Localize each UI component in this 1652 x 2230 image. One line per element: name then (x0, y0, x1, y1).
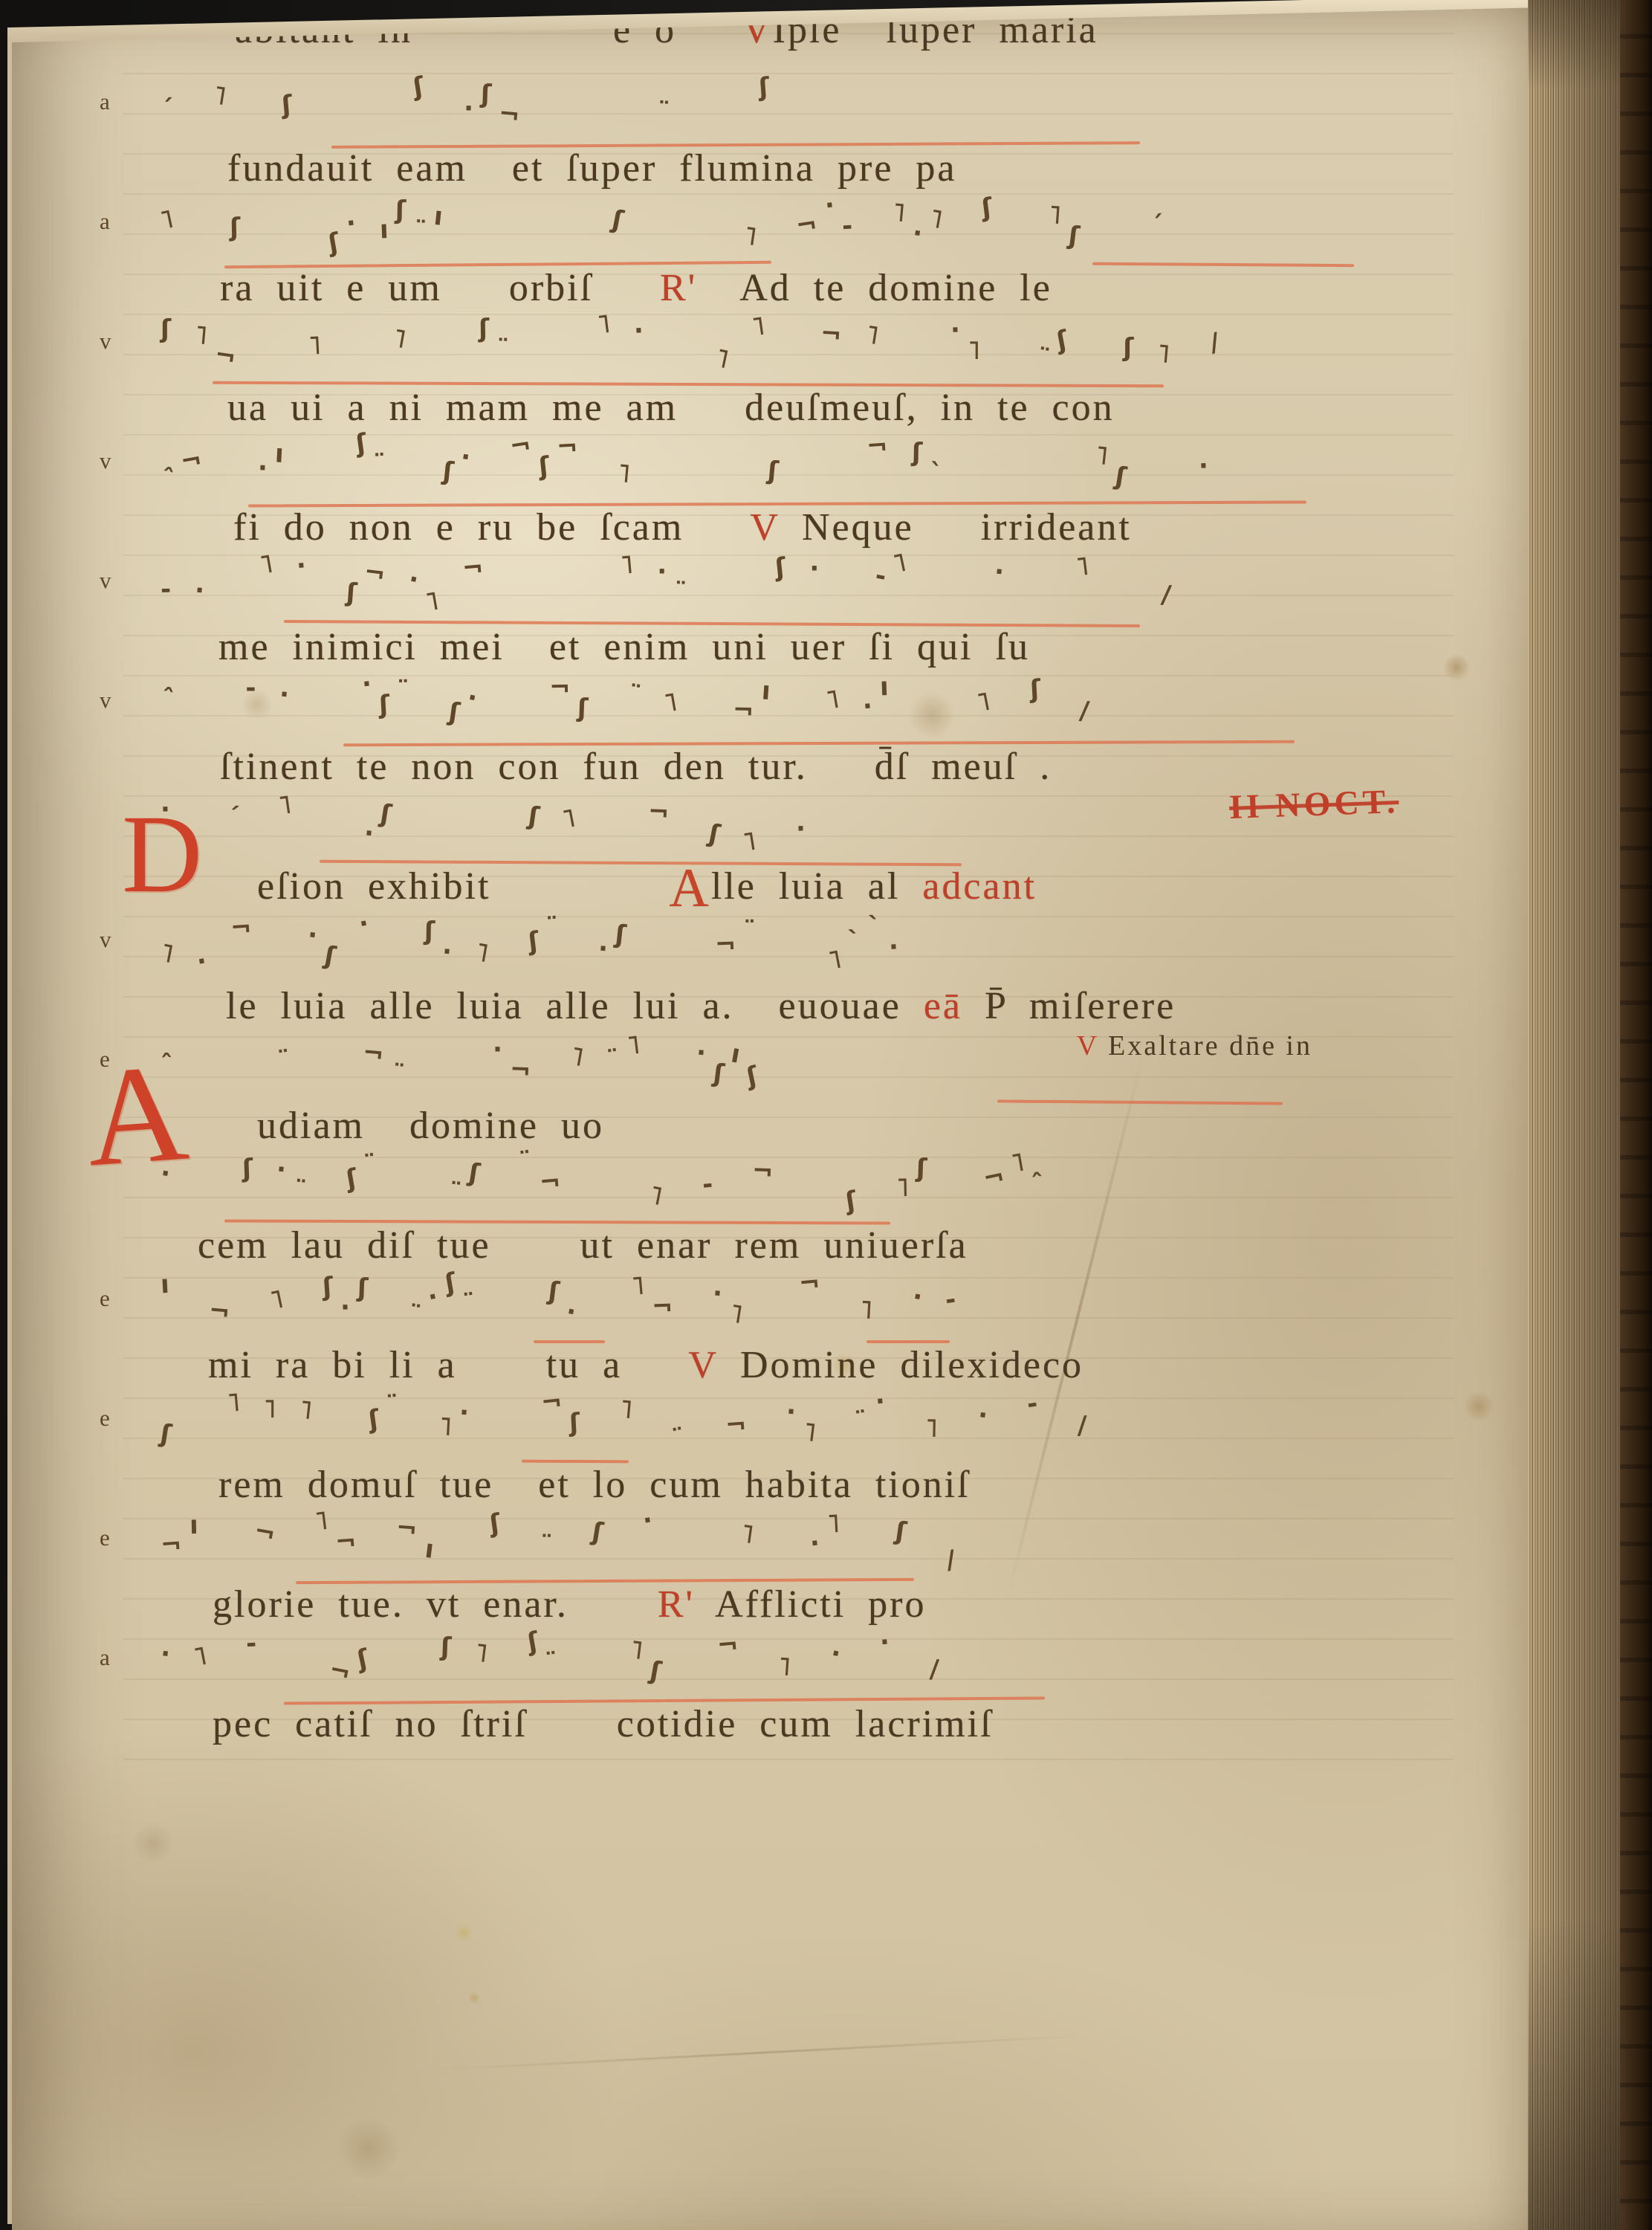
neume-glyph: ʃ (326, 226, 349, 259)
neume-glyph: ˥ (927, 204, 952, 236)
manuscript-line: eı ¬ ˥ ʃ·ʃ ¨·ʃ¨ ʃ· ˥¬ ·˥ ¬ ˥ · -mi ra bi… (213, 1263, 1402, 1383)
text-segment: Ad te domine le (697, 267, 1052, 309)
neume-glyph: · (459, 442, 479, 474)
neume-glyph: ʃ (322, 940, 345, 973)
neume-glyph: ¬ (509, 1055, 539, 1085)
neume-glyph: ˥ (662, 686, 687, 719)
manuscript-photograph: abitant in e o VIpſe ſuper mariaa´ ˥ ʃ ʃ… (0, 0, 1652, 2230)
neume-glyph: ¬ (647, 797, 677, 827)
neume-glyph: ı (160, 1269, 178, 1299)
book-binding (1620, 0, 1652, 2230)
neume-glyph: · (563, 1296, 586, 1328)
manuscript-line: · ʃ ·¨ ʃ¨ ¨ʃ ¨¬ ˥ - ¬ ʃ ˥ʃ ¬˥ˆcem lau di… (213, 1143, 1402, 1263)
neume-glyph: · (340, 1293, 358, 1322)
manuscript-line: a· ˥ - ¬ʃ ʃ ˥ ʃ¨ ˥ʃ ¬ ˥ · · /pec catiſ n… (213, 1622, 1402, 1742)
neume-glyph: ˥ (741, 825, 765, 858)
manuscript-line: a´ ˥ ʃ ʃ ·ʃ¬ ¨ ʃfundauit eam et ſuper fl… (213, 66, 1402, 186)
neume-glyph: ʃ (569, 1407, 588, 1438)
neume-glyph: ¬ (508, 428, 540, 462)
neume-glyph: ˥ (777, 1652, 800, 1683)
neume-glyph: ˥ (424, 585, 449, 618)
text-block: abitant in e o VIpſe ſuper mariaa´ ˥ ʃ ʃ… (213, 33, 1402, 1742)
chant-text: glorie tue. vt enar. R' Afflicti pro (213, 1586, 927, 1624)
text-segment: rem domuſ tue et lo cum habita tioniſ (218, 1464, 971, 1506)
rubric-segment: R' (658, 1583, 695, 1626)
neume-glyph: ˥ (1094, 441, 1117, 473)
neume-glyph: - (841, 210, 861, 241)
margin-letter: v (100, 567, 111, 594)
neume-glyph: · (441, 937, 461, 968)
neume-row: ˆ - · ·ʃ¨ ʃ· ¬ʃ ¨ ˥ ¬ı ˥ ·ı ˥ ʃ / (161, 668, 1431, 745)
neume-glyph: ¬ (334, 1526, 365, 1558)
neume-glyph: ˥ (742, 221, 765, 253)
neume-glyph: ˥ (713, 343, 739, 377)
chant-text: me inimici mei et enim uni uer ſi qui ſu (218, 628, 1030, 667)
neume-glyph: ˥ (569, 1041, 594, 1074)
red-ruling-line (867, 1340, 950, 1343)
neume-glyph: · (296, 550, 315, 581)
chant-text: ſtinent te non con fun den tur. d̄ſ meuſ… (220, 748, 1052, 786)
neume-glyph: - (245, 1628, 265, 1658)
neume-glyph: · (641, 1505, 661, 1536)
neume-glyph: ¨ (412, 216, 435, 247)
neume-glyph: ¨ (292, 1175, 316, 1207)
neume-glyph: ʃ (1123, 333, 1141, 363)
neume-glyph: ˥ (968, 336, 988, 366)
neume-glyph: / (1078, 1411, 1095, 1441)
neume-glyph: - (245, 673, 263, 703)
manuscript-line: vʃ ˥¬ ˥ ˥ ʃ¨ ˥ · ˥ ˥ ¬ ˥ ·˥ ¨ʃ ʃ ˥ /ua u… (213, 306, 1402, 425)
neume-glyph: ¨ (543, 1646, 567, 1678)
neume-glyph: ¬ (395, 1513, 426, 1545)
neume-glyph: · (360, 668, 380, 699)
neume-glyph: ˥ (314, 1505, 337, 1537)
neume-glyph: · (695, 1038, 714, 1069)
neume-glyph: ¬ (461, 552, 492, 584)
margin-letter: v (100, 926, 111, 953)
neume-glyph: ¬ (714, 929, 744, 960)
neume-glyph: ¨ (853, 1404, 878, 1437)
rubricated-initial: D (122, 809, 202, 899)
neume-glyph: · (993, 557, 1012, 588)
margin-letter: v (100, 687, 111, 714)
neume-glyph: ¬ (651, 1291, 681, 1322)
neume-glyph: ı (879, 672, 896, 702)
neume-glyph: ʃ (1113, 461, 1136, 493)
chant-text: ra uit e um orbiſ R' Ad te domine le (220, 269, 1052, 308)
neume-glyph: ¬ (178, 443, 212, 477)
text-segment: lle luia al (711, 865, 922, 908)
neume-glyph: ı (274, 439, 292, 469)
neume-glyph: ˥ (896, 1173, 917, 1203)
neume-glyph: / (1207, 326, 1229, 358)
neume-glyph: ¨ (461, 1287, 485, 1319)
neume-glyph: ˥ (473, 937, 499, 970)
neume-glyph: ¬ (326, 1655, 360, 1690)
neume-glyph: ʃ (357, 1273, 377, 1304)
text-segment: Domine dilexideco (718, 1344, 1083, 1386)
neume-glyph: ˆ (158, 463, 184, 497)
neume-glyph: - (161, 575, 179, 604)
manuscript-line: abitant in e o VIpſe ſuper maria (213, 33, 1402, 66)
neume-glyph: ʃ (706, 818, 729, 851)
neume-glyph: ¨ (362, 1148, 386, 1180)
neume-glyph: ˥ (891, 198, 913, 229)
neume-glyph: ˥ (890, 546, 916, 580)
neume-row: ʃ ˥ ˥ ˥ ʃ¨ ˥· ¬ʃ ˥ ¨ ¬ ·˥ ¨· ˥ · - / (161, 1386, 1431, 1463)
text-segment: Afflicti pro (695, 1583, 927, 1626)
neume-glyph: ʃ (281, 89, 302, 120)
neume-glyph: ˥ (264, 1394, 284, 1424)
text-segment: fi do non e ru be ſcam (233, 506, 750, 549)
margin-letter: v (100, 328, 111, 355)
neume-glyph: · (950, 314, 968, 345)
neume-row: · ʃ ·¨ ʃ¨ ¨ʃ ¨¬ ˥ - ¬ ʃ ˥ʃ ¬˥ˆ (161, 1146, 1431, 1224)
neume-glyph: ʃ (590, 1516, 612, 1548)
neume-glyph: ˥ (193, 320, 216, 352)
parchment-page: abitant in e o VIpſe ſuper mariaa´ ˥ ʃ ʃ… (12, 0, 1528, 2230)
red-ruling-line (522, 1460, 629, 1464)
neume-glyph: · (276, 1154, 295, 1186)
neume-glyph: · (597, 934, 617, 965)
neume-glyph: · (356, 907, 378, 939)
rubric-segment: adcant (922, 865, 1037, 908)
neume-glyph: ˥ (826, 943, 851, 976)
chant-text: eſion exhibit Alle luia al adcant (257, 867, 1037, 906)
neume-glyph: ¬ (797, 1267, 829, 1299)
neume-glyph: ¬ (866, 430, 896, 462)
rubric-segment: II NOCT. (1228, 782, 1399, 826)
neume-glyph: - (1026, 1388, 1047, 1420)
neume-glyph: ʃ (322, 1271, 342, 1302)
neume-glyph: ˥ (801, 1418, 825, 1449)
neume-glyph: ¬ (252, 1516, 285, 1551)
neume-glyph: ʃ (911, 438, 930, 468)
neume-glyph: ʃ (766, 456, 787, 487)
rubric-segment: V (688, 1344, 718, 1386)
neume-glyph: ¬ (724, 1409, 754, 1441)
margin-letter: a (100, 208, 110, 235)
neume-glyph: ¬ (548, 673, 577, 703)
neume-glyph: ı (433, 201, 452, 233)
neume-glyph: ¨ (670, 1421, 696, 1455)
neume-glyph: ı (761, 676, 779, 706)
rubric-segment: R' (660, 267, 697, 309)
neume-glyph: ˥ (596, 308, 620, 340)
neume-glyph: ˥ (226, 1387, 248, 1418)
neume-row: ˥ · ¬ ·ʃ · ʃ· ˥ ʃ¨ ·ʃ ¬¨ ˥``· (161, 907, 1431, 984)
neume-glyph: · (493, 1035, 511, 1064)
neume-glyph: ʃ (344, 1162, 367, 1195)
neume-glyph: ʃ (894, 1516, 916, 1548)
neume-glyph: ¬ (213, 340, 245, 374)
neume-glyph: ¬ (794, 207, 826, 242)
chant-text: ua ui a ni mam me am deuſmeuſ, in te con (227, 389, 1115, 427)
neume-glyph: ˥ (925, 1414, 946, 1444)
neume-glyph: ʃ (537, 450, 558, 482)
manuscript-line: eˆ ¨ ¬¨ ·¬ ˥ ¨˥ ·ʃıʃAudiam domine uoV Ex… (213, 1024, 1402, 1143)
neume-glyph: · (258, 453, 276, 483)
manuscript-line: a˥ ʃ ʃ· ıʃ¨ı ʃ ˥ ¬·- ˥·˥ ʃ ˥ʃ ´ra uit e … (213, 186, 1402, 306)
book-fore-edge (1528, 0, 1620, 2230)
neume-glyph: ¨ (396, 676, 417, 705)
neume-glyph: ˥ (616, 459, 638, 490)
neume-glyph: ı (423, 1534, 442, 1565)
neume-glyph: · (193, 575, 213, 607)
text-segment: pec catiſ no ſtriſ cotidie cum lacrimiſ (213, 1703, 994, 1745)
neume-glyph: ı (189, 1510, 205, 1540)
margin-letter: e (100, 1285, 110, 1312)
text-segment: glorie tue. vt enar. (213, 1583, 658, 1626)
neume-glyph: ʃ (916, 1154, 935, 1184)
neume-glyph: ˥ (298, 1395, 321, 1427)
neume-glyph: ¨ (496, 334, 516, 365)
neume-glyph: ʃ (158, 1418, 181, 1450)
red-ruling-line (534, 1340, 605, 1343)
neume-glyph: ˥ (630, 1270, 652, 1302)
manuscript-line: vˆ¬ ·ı ʃ¨ ʃ· ¬ʃ¬ ˥ ʃ ¬ ʃ` ˥ʃ ·fi do non … (213, 425, 1402, 545)
text-segment: ſtinent te non con fun den tur. d̄ſ meuſ… (220, 746, 1052, 788)
neume-glyph: ˥ (826, 1508, 848, 1539)
text-segment: fundauit eam et ſuper flumina pre pa (227, 147, 956, 190)
neume-glyph: ˥ (158, 938, 183, 971)
neume-glyph: ʃ (577, 694, 597, 724)
neume-glyph: · (887, 931, 906, 962)
text-segment: le luia alle luia alle lui a. euouae (226, 985, 924, 1027)
text-segment: me inimici mei et enim uni uer ſi qui ſu (218, 626, 1030, 668)
rubric-segment: V (1077, 1030, 1099, 1061)
text-segment: Exaltare dn̄e in (1098, 1030, 1312, 1061)
neume-glyph: · (195, 945, 216, 977)
neume-glyph: ˥ (739, 1519, 763, 1551)
text-segment: Neque irrideant (780, 506, 1132, 549)
neume-glyph: - (872, 560, 895, 593)
rubricated-initial: A (82, 1056, 191, 1174)
neume-glyph: ʃ (1029, 673, 1048, 704)
neume-glyph: ˥ (864, 320, 888, 352)
neume-glyph: · (809, 554, 826, 584)
neume-glyph: ¨ (372, 448, 395, 479)
neume-glyph: ¨ (385, 1389, 408, 1421)
text-segment: mi ra bi li a tu a (208, 1344, 688, 1386)
neume-glyph: · (795, 814, 813, 844)
neume-glyph: ˥ (619, 1394, 641, 1426)
neume-glyph: ¨ (743, 916, 763, 946)
neume-glyph: ʃ (161, 314, 178, 344)
neume-glyph: · (785, 1397, 804, 1428)
chant-text: fi do non e ru be ſcam V Neque irrideant (233, 508, 1132, 547)
neume-glyph: ʃ (424, 917, 443, 946)
neume-glyph: ´ (1150, 210, 1173, 241)
marginal-rubric: V Exaltare dn̄e in (1077, 1030, 1312, 1062)
neume-glyph: · (1198, 451, 1216, 482)
neume-glyph: ¬ (363, 557, 395, 590)
neume-glyph: ˥ (629, 1635, 652, 1667)
neume-glyph: ` (867, 911, 890, 943)
neume-glyph: · (345, 207, 366, 239)
neume-glyph: ˥ (1156, 339, 1179, 370)
text-segment: ra uit e um orbiſ (220, 267, 660, 309)
margin-letter: v (100, 447, 111, 474)
neume-glyph: · (158, 1639, 179, 1671)
neume-glyph: ʃ (467, 1157, 489, 1189)
neume-glyph: ʃ (366, 1403, 388, 1435)
neume-glyph: ˥ (211, 80, 236, 113)
neume-glyph: ¬ (160, 1529, 190, 1561)
rubric-segment: V (750, 506, 780, 549)
manuscript-line: v˥ · ¬ ·ʃ · ʃ· ˥ ʃ¨ ·ʃ ¬¨ ˥``·le luia al… (213, 904, 1402, 1024)
neume-glyph: ` (928, 458, 950, 489)
neume-row: · ˥ - ¬ʃ ʃ ˥ ʃ¨ ˥ʃ ¬ ˥ · · / (161, 1625, 1431, 1702)
neume-glyph: ˥ (438, 1412, 460, 1442)
neume-row: ʃ ˥¬ ˥ ˥ ʃ¨ ˥ · ˥ ˥ ¬ ˥ ·˥ ¨ʃ ʃ ˥ / (161, 308, 1431, 386)
neume-glyph: ˥ (473, 1638, 497, 1670)
text-segment: udiam domine uo (257, 1105, 604, 1147)
neume-glyph: ¬ (208, 1296, 239, 1328)
text-segment: P̄ miſerere (985, 985, 1176, 1027)
rubric-segment: eā (924, 985, 985, 1027)
neume-glyph: ¬ (497, 99, 528, 131)
neume-glyph: ˥ (191, 1640, 216, 1672)
neume-glyph: ¨ (673, 577, 695, 607)
neume-glyph: ʃ (229, 213, 247, 242)
neume-glyph: · (823, 190, 843, 221)
neume-glyph: ʃ (648, 1655, 671, 1688)
manuscript-line: e¬ı ¬ ˥¬ ¬ı ʃ ¨ ʃ · ˥ ·˥ ʃ /glorie tue. … (213, 1502, 1402, 1622)
neume-glyph: ˥ (620, 549, 642, 581)
neume-glyph: · (861, 691, 881, 722)
neume-glyph: ˥ (560, 802, 586, 835)
neume-glyph: ¨ (656, 97, 678, 128)
neume-glyph: / (929, 1654, 947, 1684)
text-segment: cem lau diſ tue ut enar rem uniuerſa (198, 1224, 968, 1267)
neume-glyph: / (1078, 696, 1098, 727)
neume-glyph: ˥ (974, 685, 1000, 718)
chant-text: fundauit eam et ſuper flumina pre pa (227, 149, 956, 188)
neume-glyph: · (464, 94, 481, 123)
neume-glyph: ʃ (440, 1632, 459, 1663)
neume-glyph: · (874, 1386, 895, 1417)
neume-glyph: ¨ (545, 911, 567, 943)
neume-glyph: ʃ (527, 801, 548, 833)
neume-glyph: ˥ (1075, 551, 1098, 583)
neume-glyph: ʃ (378, 689, 398, 720)
neume-glyph: - (701, 1169, 722, 1200)
chant-text: rem domuſ tue et lo cum habita tioniſ (218, 1466, 971, 1505)
chant-text: udiam domine uo (257, 1107, 604, 1145)
neume-glyph: ʃ (614, 920, 635, 951)
neume-glyph: ˥ (1047, 200, 1069, 231)
manuscript-line: v- · ˥ · ʃ¬ ·˥ ¬ ˥ ·¨ ʃ · -˥ · ˥ /me ini… (213, 545, 1402, 665)
neume-glyph: · (711, 1279, 731, 1310)
neume-glyph: · (976, 1400, 997, 1432)
neume-row: ´ ˥ ʃ ʃ ·ʃ¬ ¨ ʃ (161, 69, 1431, 146)
neume-glyph: ¬ (539, 1166, 570, 1198)
neume-glyph: · (879, 1626, 898, 1658)
parchment-wrinkle (429, 2034, 1097, 2071)
neume-glyph: ¨ (276, 1044, 299, 1076)
neume-glyph: ¨ (605, 1043, 629, 1076)
neume-glyph: ʃ (441, 456, 462, 488)
neume-row: ı ¬ ˥ ʃ·ʃ ¨·ʃ¨ ʃ· ˥¬ ·˥ ¬ ˥ · - (161, 1266, 1431, 1343)
neume-glyph: ʃ (980, 192, 1002, 224)
neume-glyph: ʃ (242, 1154, 262, 1184)
neume-glyph: ʃ (609, 204, 632, 237)
neume-glyph: ` (846, 924, 870, 956)
chant-text: cem lau diſ tue ut enar rem uniuerſa (198, 1226, 968, 1265)
neume-glyph: ˥ (258, 548, 283, 581)
neume-row: ˥ ʃ ʃ· ıʃ¨ı ʃ ˥ ¬·- ˥·˥ ʃ ˥ʃ ´ (161, 189, 1431, 266)
neume-glyph: ʃ (480, 80, 499, 110)
neume-glyph: ˥ (859, 1295, 881, 1325)
neume-glyph: ˥ (626, 1030, 650, 1061)
neume-glyph: ˆ (158, 683, 183, 716)
manuscript-line: vˆ - · ·ʃ¨ ʃ· ¬ʃ ¨ ˥ ¬ı ˥ ·ı ˥ ʃ /ſtinen… (213, 665, 1402, 784)
neume-glyph: ¬ (980, 1159, 1014, 1194)
neume-glyph: ¨ (406, 1299, 431, 1332)
text-segment: eſion exhibit (257, 865, 669, 908)
text-segment: ua ui a ni mam me am deuſmeuſ, in te con (227, 387, 1115, 429)
neume-glyph: · (910, 1282, 932, 1314)
chant-text: pec catiſ no ſtriſ cotidie cum lacrimiſ (213, 1705, 994, 1744)
neume-glyph: ʃ (526, 925, 548, 957)
neume-glyph: ˥ (268, 1283, 294, 1316)
neume-glyph: · (305, 920, 326, 951)
neume-glyph: ʃ (757, 71, 777, 103)
neume-glyph: ¬ (540, 1386, 571, 1418)
neume-glyph: / (1159, 580, 1179, 611)
neume-glyph: ¬ (733, 696, 762, 726)
neume-glyph: ʃ (378, 798, 401, 830)
neume-glyph: · (633, 316, 651, 346)
neume-glyph: ¬ (716, 1629, 747, 1661)
manuscript-line: · ´ ˥ ·ʃ ʃ ˥ ¬ ʃ ˥ ·Deſion exhibit Alle … (213, 784, 1402, 904)
neume-glyph: ı (379, 215, 396, 245)
neume-glyph: ʃ (346, 578, 366, 609)
neume-glyph: ´ (224, 801, 248, 834)
neume-glyph: ˥ (647, 1180, 672, 1213)
neume-glyph: ˥ (276, 789, 300, 821)
neume-glyph: ˥ (728, 1299, 752, 1331)
neume-glyph: / (944, 1543, 965, 1575)
neume-glyph: ʃ (843, 1184, 866, 1216)
neume-glyph: · (279, 679, 298, 711)
neume-glyph: ˆ (1030, 1168, 1054, 1200)
neume-glyph: · (657, 557, 674, 586)
margin-letter: a (100, 88, 110, 115)
neume-glyph: ʃ (447, 697, 469, 729)
neume-glyph: ʃ (478, 314, 496, 343)
neume-glyph: ʃ (1067, 221, 1089, 253)
marginal-rubric: II NOCT. (1228, 781, 1399, 827)
neume-glyph: ʃ (774, 552, 794, 583)
neume-glyph: ʃ (411, 70, 433, 102)
neume-glyph: ¨ (540, 1531, 560, 1560)
neume-row: ˆ¬ ·ı ʃ¨ ʃ· ¬ʃ¬ ˥ ʃ ¬ ʃ` ˥ʃ · (161, 428, 1431, 505)
margin-letter: e (100, 1405, 110, 1432)
margin-letter: a (100, 1644, 110, 1671)
neume-glyph: ʃ (546, 1276, 568, 1308)
neume-glyph: · (458, 1397, 477, 1429)
neume-glyph: ˥ (158, 203, 184, 236)
neume-glyph: ˥ (308, 330, 329, 361)
neume-glyph: ¬ (752, 1156, 782, 1186)
neume-glyph: ˥ (391, 323, 416, 356)
chant-text: le luia alle luia alle lui a. euouae eā … (226, 987, 1176, 1026)
neume-glyph: ¬ (229, 912, 259, 944)
neume-glyph: · (464, 682, 487, 714)
neume-glyph: ˥ (824, 683, 849, 716)
